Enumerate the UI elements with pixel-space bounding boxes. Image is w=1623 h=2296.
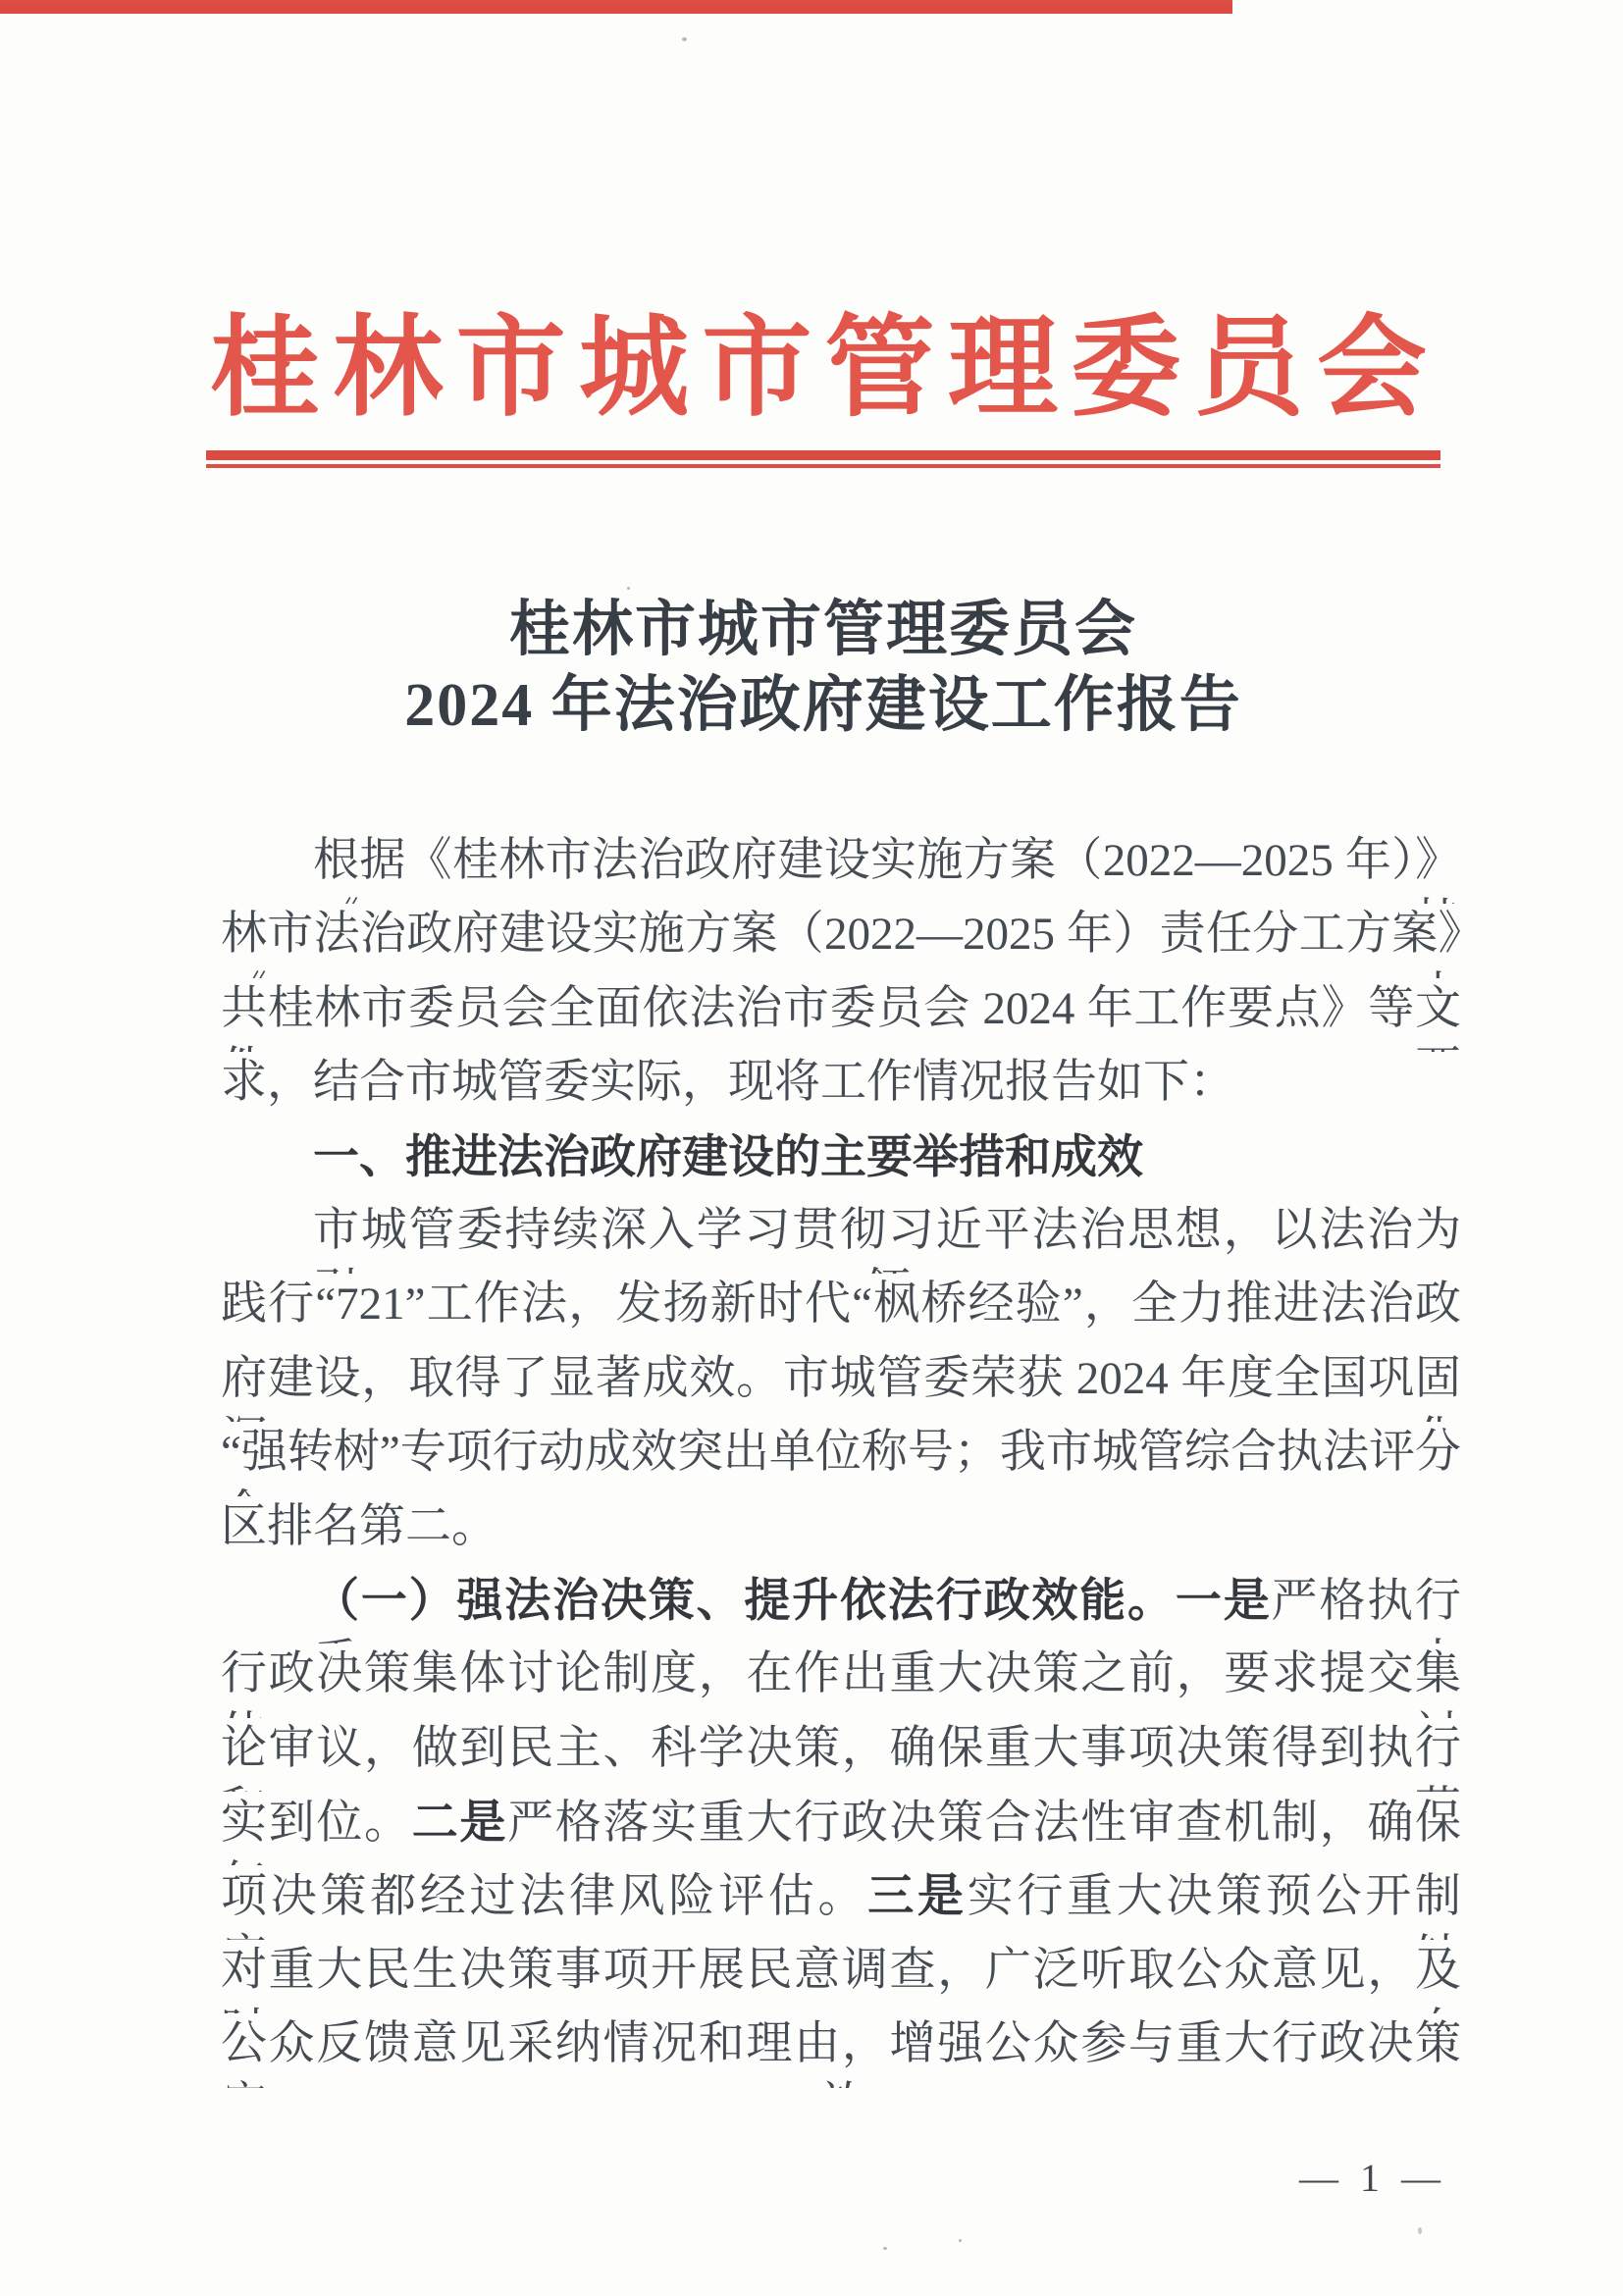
body-line: 根据《桂林市法治政府建设实施方案（2022—2025 年）》《桂 [221,830,1461,904]
body-run: 项决策都经过法律风险评估。 [221,1871,867,1922]
body-run: 行政决策集体讨论制度，在作出重大决策之前，要求提交集体讨 [221,1648,1461,1717]
body-line: （一）强法治决策、提升依法行政效能。一是严格执行重大 [221,1570,1461,1644]
body-line: 实到位。二是严格落实重大行政决策合法性审查机制，确保每一 [221,1792,1461,1865]
masthead-char: 理 [948,314,1058,424]
masthead-org-name: 桂林市城市管理委员会 [210,302,1427,436]
body-line: 公众反馈意见采纳情况和理由，增强公众参与重大行政决策实效。 [221,2013,1461,2087]
body-line: 对重大民生决策事项开展民意调查，广泛听取公众意见，及时向 [221,1940,1461,2013]
scan-speck [1418,2227,1422,2234]
body-run: 践行“721”工作法，发扬新时代“枫桥经验”，全力推进法治政 [221,1278,1461,1330]
body-line: 府建设，取得了显著成效。市城管委荣获 2024 年度全国巩固深化 [221,1348,1461,1422]
masthead-char: 管 [825,314,935,424]
body-run: “强转树”专项行动成效突出单位称号；我市城管综合执法评分全 [221,1427,1461,1495]
body-run: 府建设，取得了显著成效。市城管委荣获 2024 年度全国巩固深化 [221,1353,1461,1422]
document-title-line2: 2024 年法治政府建设工作报告 [206,668,1440,744]
body-run-bold: 二是 [412,1796,507,1848]
body-run: 共桂林市委员会全面依法治市委员会 2024 年工作要点》等文件要 [221,983,1461,1052]
body-run: 实到位。 [221,1798,412,1849]
masthead-char: 林 [333,314,443,424]
masthead-rule-thick [206,450,1440,460]
masthead-char: 桂 [210,314,320,424]
body-line: 共桂林市委员会全面依法治市委员会 2024 年工作要点》等文件要 [221,978,1461,1052]
masthead-char: 市 [702,314,811,424]
body-line: 区排名第二。 [221,1496,1461,1570]
masthead-char: 委 [1071,314,1180,424]
body-run: 求，结合市城管委实际，现将工作情况报告如下： [221,1057,1235,1108]
body-run: 对重大民生决策事项开展民意调查，广泛听取公众意见，及时向 [221,1945,1461,2013]
body-run: 公众反馈意见采纳情况和理由，增强公众参与重大行政决策实效。 [221,2018,1461,2087]
body-run: 市城管委持续深入学习贯彻习近平法治思想，以法治为引领， [313,1205,1461,1274]
body-run: 林市法治政府建设实施方案（2022—2025 年）责任分工方案》《中 [221,909,1461,977]
body-line: 行政决策集体讨论制度，在作出重大决策之前，要求提交集体讨 [221,1644,1461,1717]
masthead-char: 市 [456,314,566,424]
body-run: 根据《桂林市法治政府建设实施方案（2022—2025 年）》《桂 [313,835,1461,904]
document-page: 桂林市城市管理委员会 桂林市城市管理委员会 2024 年法治政府建设工作报告 根… [0,0,1623,2296]
body-run: 论审议，做到民主、科学决策，确保重大事项决策得到执行和落 [221,1723,1461,1792]
scan-speck [682,37,687,41]
body-line: 求，结合市城管委实际，现将工作情况报告如下： [221,1052,1461,1125]
scan-speck [959,2239,962,2242]
body-line: 林市法治政府建设实施方案（2022—2025 年）责任分工方案》《中 [221,904,1461,977]
masthead-char: 会 [1317,314,1427,424]
document-title-line1: 桂林市城市管理委员会 [206,593,1440,668]
masthead-rule-thin [206,464,1440,468]
body-line: 论审议，做到民主、科学决策，确保重大事项决策得到执行和落 [221,1718,1461,1792]
masthead-char: 员 [1194,314,1304,424]
body-line: 一、推进法治政府建设的主要举措和成效 [221,1126,1461,1200]
page-number: — 1 — [1299,2155,1446,2201]
body-run-bold: 一、推进法治政府建设的主要举措和成效 [313,1130,1143,1182]
body-line: 践行“721”工作法，发扬新时代“枫桥经验”，全力推进法治政 [221,1274,1461,1347]
body-run: 区排名第二。 [221,1501,497,1552]
masthead-char: 城 [579,314,689,424]
body-line: “强转树”专项行动成效突出单位称号；我市城管综合执法评分全 [221,1422,1461,1495]
scan-speck [627,587,630,590]
body-text: 根据《桂林市法治政府建设实施方案（2022—2025 年）》《桂林市法治政府建设… [221,830,1461,2088]
body-run-bold: （一）强法治决策、提升依法行政效能。一是 [313,1574,1272,1626]
document-title: 桂林市城市管理委员会 2024 年法治政府建设工作报告 [206,593,1440,744]
body-line: 市城管委持续深入学习贯彻习近平法治思想，以法治为引领， [221,1200,1461,1274]
body-line: 项决策都经过法律风险评估。三是实行重大决策预公开制度。针 [221,1865,1461,1939]
body-run-bold: 三是 [867,1869,967,1921]
footer-rule-thick [0,4,1232,14]
scan-speck [883,2247,887,2250]
